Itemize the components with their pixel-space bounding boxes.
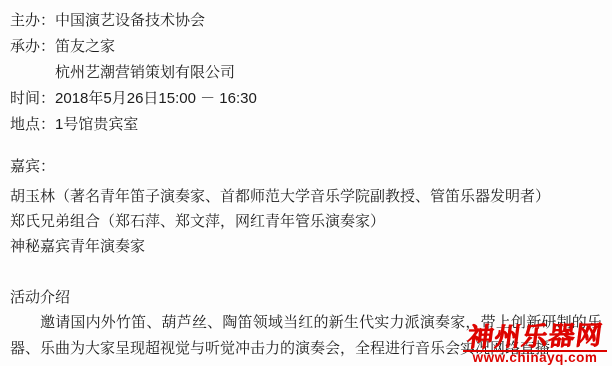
event-announcement-document: 主办： 中国演艺设备技术协会 承办： 笛友之家 杭州艺潮营销策划有限公司 时间：…: [0, 0, 612, 366]
undertaker-value: 笛友之家 杭州艺潮营销策划有限公司: [55, 34, 602, 86]
guest-item-mystery-guest: 神秘嘉宾青年演奏家: [10, 234, 602, 259]
undertaker-line1: 笛友之家: [55, 34, 602, 60]
guest-item-huyulin: 胡玉林（著名青年笛子演奏家、首都师范大学音乐学院副教授、管笛乐器发明者）: [10, 184, 602, 209]
guest-item-zheng-brothers: 郑氏兄弟组合（郑石萍、郑文萍，网红青年管乐演奏家）: [10, 209, 602, 234]
organizer-value: 中国演艺设备技术协会: [55, 8, 602, 34]
intro-heading: 活动介绍: [10, 285, 602, 310]
organizer-row: 主办： 中国演艺设备技术协会: [10, 8, 602, 34]
guest-list: 胡玉林（著名青年笛子演奏家、首都师范大学音乐学院副教授、管笛乐器发明者） 郑氏兄…: [10, 184, 602, 259]
venue-value: 1号馆贵宾室: [55, 112, 602, 138]
time-value: 2018年5月26日15:00 － 16:30: [55, 86, 602, 112]
undertaker-line2: 杭州艺潮营销策划有限公司: [55, 60, 602, 86]
intro-paragraph: 邀请国内外竹笛、葫芦丝、陶笛领域当红的新生代实力派演奏家，带上创新研制的乐器、乐…: [10, 310, 602, 362]
undertaker-label: 承办：: [10, 34, 55, 60]
guests-heading: 嘉宾：: [10, 154, 602, 180]
time-label: 时间：: [10, 86, 55, 112]
undertaker-row: 承办： 笛友之家 杭州艺潮营销策划有限公司: [10, 34, 602, 86]
venue-row: 地点： 1号馆贵宾室: [10, 112, 602, 138]
organizer-label: 主办：: [10, 8, 55, 34]
time-row: 时间： 2018年5月26日15:00 － 16:30: [10, 86, 602, 112]
venue-label: 地点：: [10, 112, 55, 138]
